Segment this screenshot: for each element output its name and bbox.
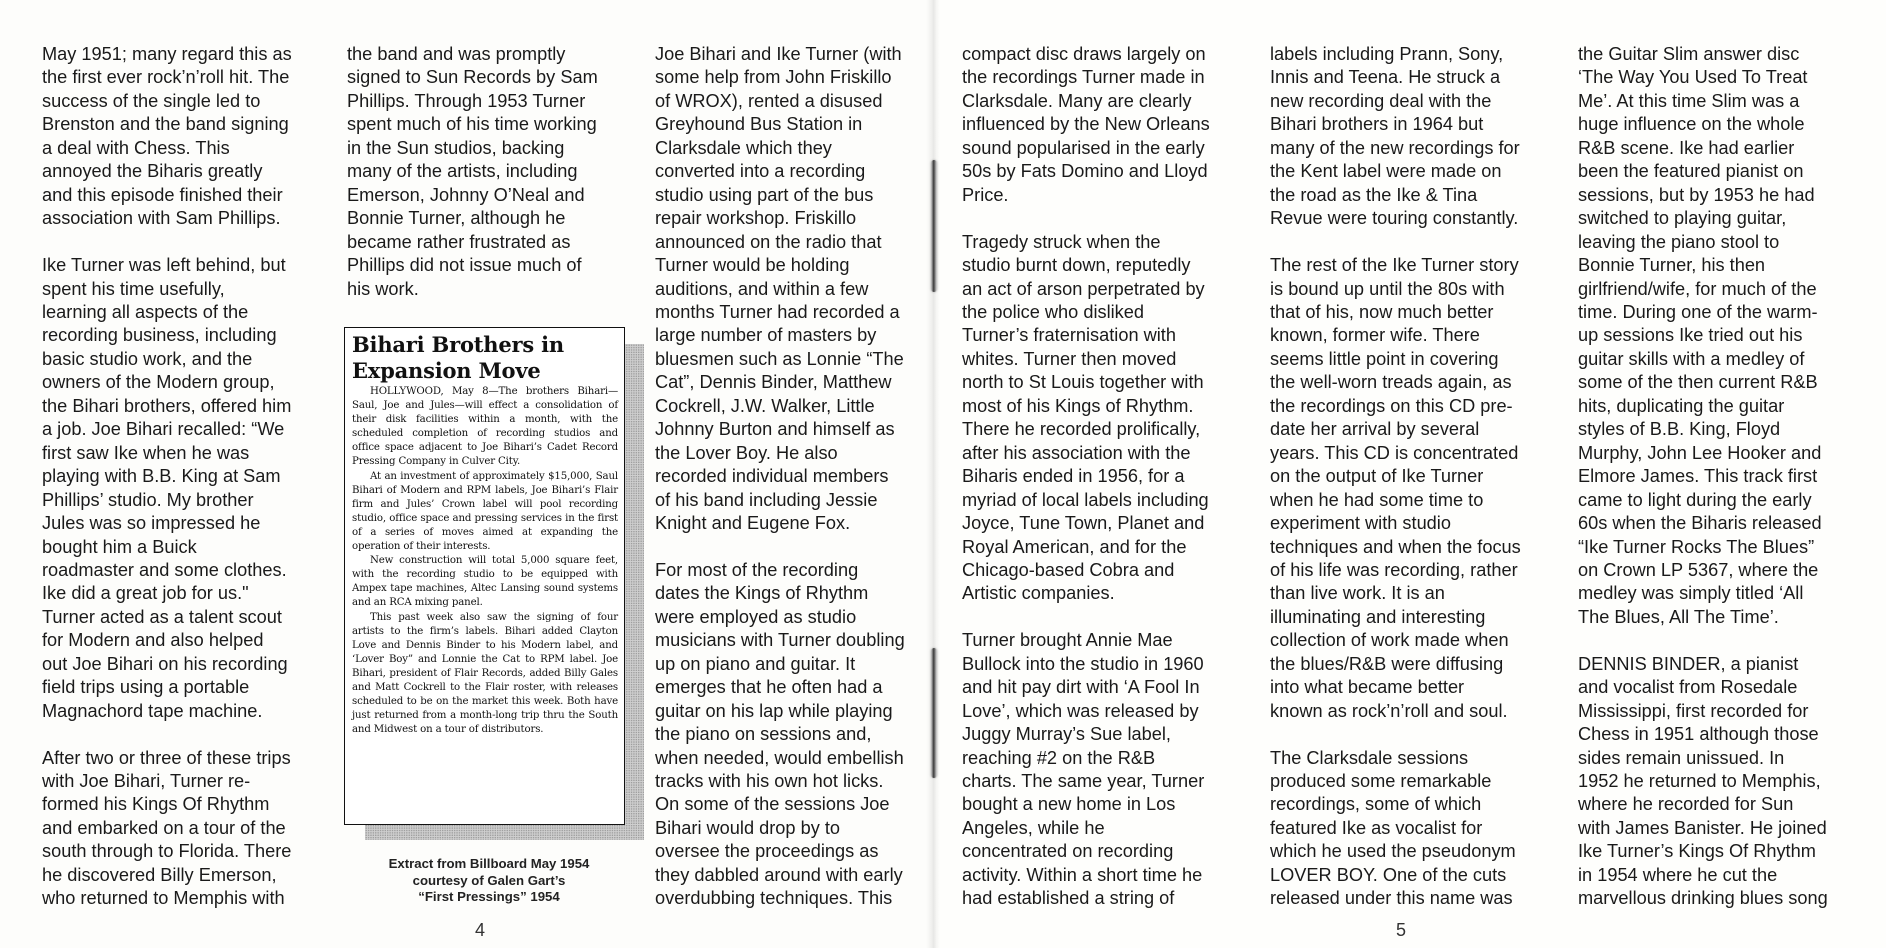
clipping-headline: Bihari Brothers in Expansion Move <box>352 332 618 384</box>
clipping-caption: Extract from Billboard May 1954 courtesy… <box>344 856 634 906</box>
paragraph: DENNIS BINDER, a pianist and vocalist fr… <box>1578 653 1868 911</box>
paragraph: Joe Bihari and Ike Turner (with some hel… <box>655 43 945 536</box>
paragraph: compact disc draws largely on the record… <box>962 43 1252 207</box>
paragraph: After two or three of these trips with J… <box>42 747 332 911</box>
clipping-paragraph: HOLLYWOOD, May 8—The brothers Bihari—Sau… <box>352 385 618 470</box>
clipping-paragraph: This past week also saw the signing of f… <box>352 611 618 738</box>
paragraph: Ike Turner was left behind, but spent hi… <box>42 254 332 723</box>
paragraph: the band and was promptly signed to Sun … <box>347 43 637 301</box>
page-number-left: 4 <box>475 920 485 941</box>
page5-column-3: the Guitar Slim answer disc ‘The Way You… <box>1578 43 1868 934</box>
billboard-clipping: Bihari Brothers in Expansion Move HOLLYW… <box>344 327 644 841</box>
page-number-right: 5 <box>1396 920 1406 941</box>
clipping-body: HOLLYWOOD, May 8—The brothers Bihari—Sau… <box>352 385 618 737</box>
paragraph: the Guitar Slim answer disc ‘The Way You… <box>1578 43 1868 629</box>
page4-column-1: May 1951; many regard this as the first … <box>42 43 332 934</box>
paragraph: The rest of the Ike Turner story is boun… <box>1270 254 1560 723</box>
paragraph: Tragedy struck when the studio burnt dow… <box>962 231 1252 606</box>
paragraph: Turner brought Annie Mae Bullock into th… <box>962 629 1252 910</box>
paragraph: May 1951; many regard this as the first … <box>42 43 332 231</box>
paragraph: The Clarksdale sessions produced some re… <box>1270 747 1560 911</box>
paragraph: For most of the recording dates the King… <box>655 559 945 911</box>
page5-column-2: labels including Prann, Sony, Innis and … <box>1270 43 1560 934</box>
clipping-paragraph: New construction will total 5,000 square… <box>352 554 618 610</box>
page5-column-1: compact disc draws largely on the record… <box>962 43 1252 934</box>
clipping-box: Bihari Brothers in Expansion Move HOLLYW… <box>344 327 625 825</box>
page4-column-2: the band and was promptly signed to Sun … <box>347 43 637 324</box>
page4-column-3: Joe Bihari and Ike Turner (with some hel… <box>655 43 945 934</box>
clipping-paragraph: At an investment of approximately $15,00… <box>352 470 618 555</box>
paragraph: labels including Prann, Sony, Innis and … <box>1270 43 1560 231</box>
